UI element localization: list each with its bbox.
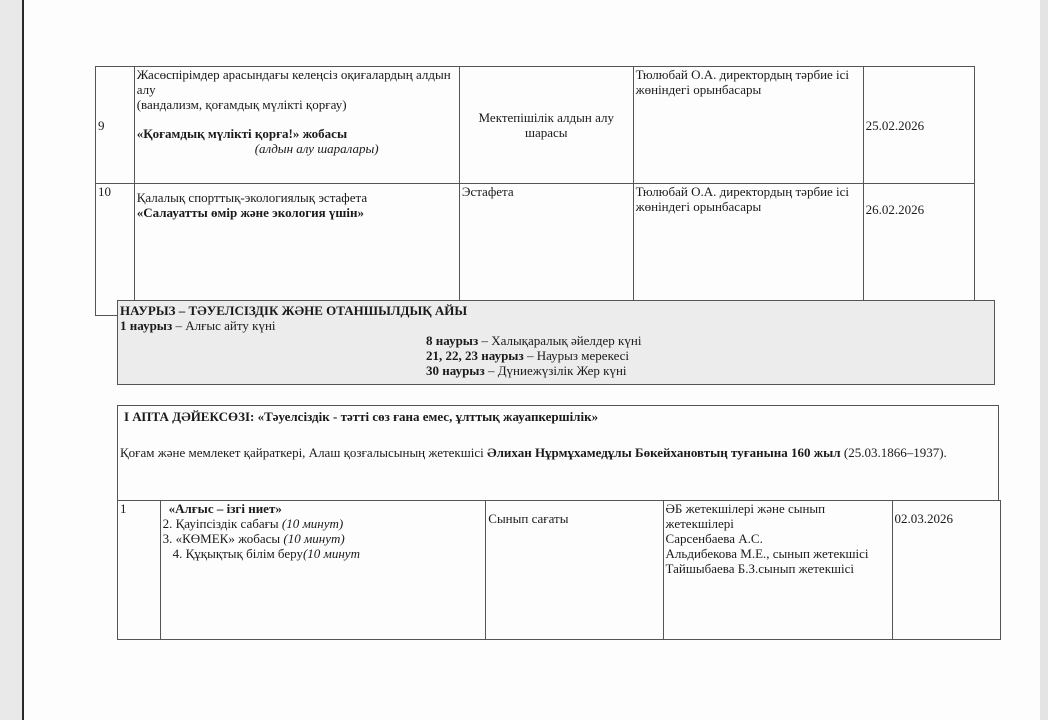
holiday-line: 8 наурыз – Халықаралық әйелдер күні	[120, 333, 994, 348]
event-item: 3. «КӨМЕК» жобасы (10 минут)	[163, 531, 484, 546]
events-table-march: 1 «Алғыс – ізгі ниет» 2. Қауіпсіздік саб…	[117, 500, 1001, 640]
responsible: Тюлюбай О.А. директордың тәрбие ісі жөні…	[633, 67, 863, 184]
event-date: 25.02.2026	[863, 67, 974, 184]
row-number: 10	[96, 184, 135, 316]
table-row: 10 Қалалық спорттық-экологиялық эстафета…	[96, 184, 975, 316]
event-form: Сынып сағаты	[486, 501, 663, 640]
week-motto-block: І АПТА ДӘЙЕКСӨЗІ: «Тәуелсіздік - тәтті с…	[117, 405, 999, 501]
event-text: Қалалық спорттық-экологиялық эстафета	[137, 184, 457, 205]
row-number: 1	[118, 501, 161, 640]
event-form: Эстафета	[459, 184, 633, 316]
table-row: 9 Жасөспірімдер арасындағы келеңсіз оқиғ…	[96, 67, 975, 184]
responsible: ӘБ жетекшілері және сынып жетекшілері Са…	[663, 501, 892, 640]
event-item: 4. Құқықтық білім беру(10 минут	[163, 546, 484, 561]
table-row: 1 «Алғыс – ізгі ниет» 2. Қауіпсіздік саб…	[118, 501, 1001, 640]
event-form: Мектепішілік алдын алу шарасы	[459, 67, 633, 184]
event-cell: Қалалық спорттық-экологиялық эстафета «С…	[134, 184, 459, 316]
holiday-line: 1 наурыз – Алғыс айту күні	[120, 318, 994, 333]
event-date: 02.03.2026	[892, 501, 1000, 640]
event-date: 26.02.2026	[863, 184, 974, 316]
week-motto: І АПТА ДӘЙЕКСӨЗІ: «Тәуелсіздік - тәтті с…	[118, 406, 998, 428]
event-note: (алдын алу шаралары)	[137, 141, 457, 156]
page-edge	[1040, 0, 1048, 720]
row-number: 9	[96, 67, 135, 184]
month-header: НАУРЫЗ – ТӘУЕЛСІЗДІК ЖӘНЕ ОТАНШЫЛДЫҚ АЙЫ…	[117, 300, 995, 385]
event-project: «Қоғамдық мүлікті қорға!» жобасы	[137, 126, 457, 141]
event-text: Жасөспірімдер арасындағы келеңсіз оқиғал…	[137, 67, 457, 97]
events-table-february: 9 Жасөспірімдер арасындағы келеңсіз оқиғ…	[95, 66, 975, 316]
event-project: «Салауатты өмір және экология үшін»	[137, 205, 457, 220]
holiday-line: 30 наурыз – Дүниежүзілік Жер күні	[120, 363, 994, 378]
month-title: НАУРЫЗ – ТӘУЕЛСІЗДІК ЖӘНЕ ОТАНШЫЛДЫҚ АЙЫ	[120, 303, 994, 318]
event-text: (вандализм, қоғамдық мүлікті қорғау)	[137, 97, 457, 112]
responsible: Тюлюбай О.А. директордың тәрбие ісі жөні…	[633, 184, 863, 316]
holiday-line: 21, 22, 23 наурыз – Наурыз мерекесі	[120, 348, 994, 363]
event-item: 2. Қауіпсіздік сабағы (10 минут)	[163, 516, 484, 531]
event-cell: Жасөспірімдер арасындағы келеңсіз оқиғал…	[134, 67, 459, 184]
anniversary-text: Қоғам және мемлекет қайраткері, Алаш қоз…	[118, 428, 998, 461]
event-cell: «Алғыс – ізгі ниет» 2. Қауіпсіздік сабағ…	[160, 501, 486, 640]
event-title: «Алғыс – ізгі ниет»	[163, 501, 484, 516]
